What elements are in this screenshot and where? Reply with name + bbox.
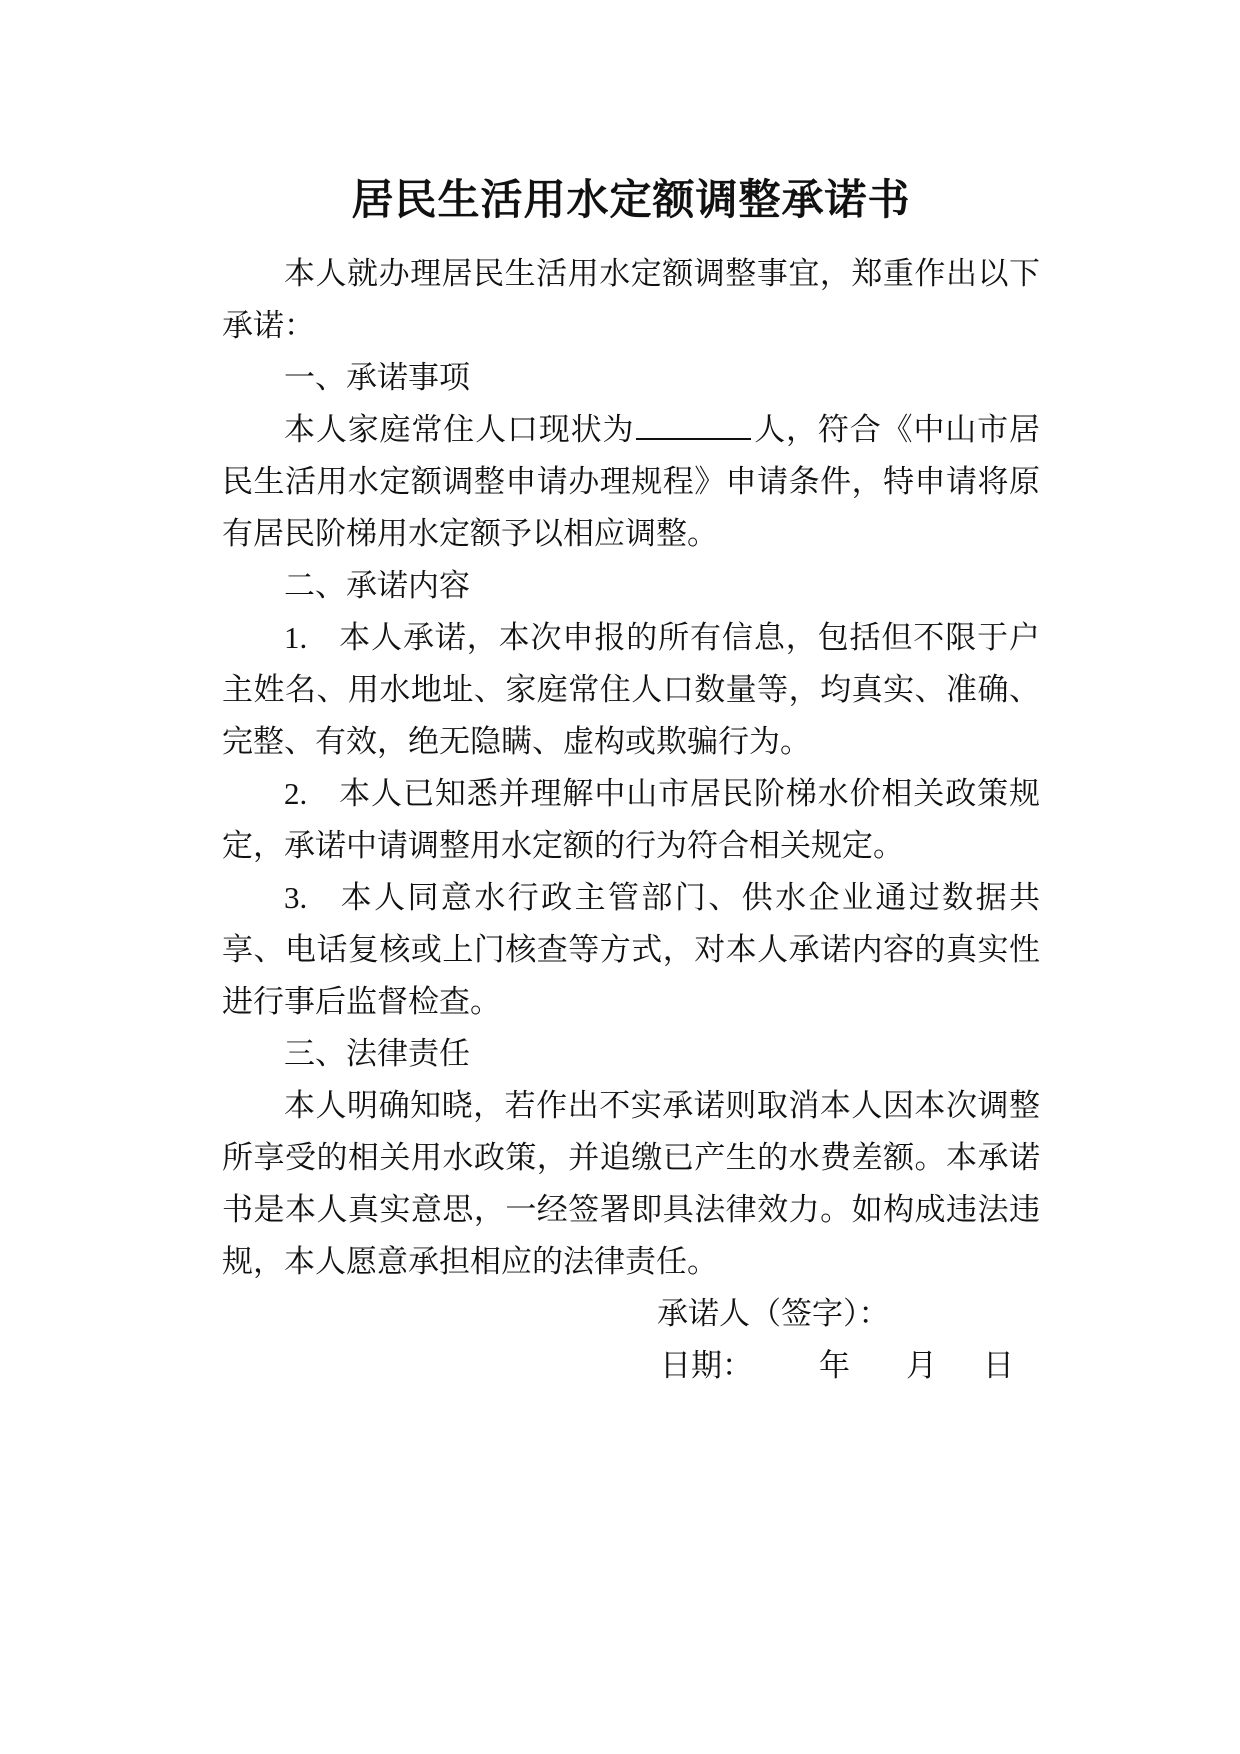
- document-title: 居民生活用水定额调整承诺书: [222, 176, 1040, 226]
- signer-line: 承诺人（签字）：: [222, 1288, 1040, 1340]
- intro-paragraph: 本人就办理居民生活用水定额调整事宜，郑重作出以下承诺：: [222, 248, 1040, 352]
- section2-heading: 二、承诺内容: [222, 560, 1040, 612]
- household-count-blank: [636, 438, 751, 440]
- section3-body: 本人明确知晓，若作出不实承诺则取消本人因本次调整所享受的相关用水政策，并追缴已产…: [222, 1080, 1040, 1288]
- section2-item-2: 2. 本人已知悉并理解中山市居民阶梯水价相关政策规定，承诺中请调整用水定额的行为…: [222, 768, 1040, 872]
- section1-heading: 一、承诺事项: [222, 352, 1040, 404]
- year-label: 年: [819, 1348, 850, 1383]
- section1-body: 本人家庭常住人口现状为人，符合《中山市居民生活用水定额调整申请办理规程》申请条件…: [222, 404, 1040, 560]
- section2-item-3: 3. 本人同意水行政主管部门、供水企业通过数据共享、电话复核或上门核查等方式，对…: [222, 872, 1040, 1028]
- section3-heading: 三、法律责任: [222, 1028, 1040, 1080]
- signature-block: 承诺人（签字）： 日期：年月日: [222, 1288, 1040, 1392]
- document-page: 居民生活用水定额调整承诺书 本人就办理居民生活用水定额调整事宜，郑重作出以下承诺…: [0, 0, 1240, 1754]
- date-line: 日期：年月日: [222, 1340, 1040, 1392]
- date-label: 日期：: [660, 1348, 753, 1383]
- section2-item-1: 1. 本人承诺，本次申报的所有信息，包括但不限于户主姓名、用水地址、家庭常住人口…: [222, 612, 1040, 768]
- day-label: 日: [983, 1348, 1014, 1383]
- signer-label: 承诺人（签字）：: [657, 1296, 890, 1331]
- document-content: 居民生活用水定额调整承诺书 本人就办理居民生活用水定额调整事宜，郑重作出以下承诺…: [222, 176, 1040, 1392]
- section1-text-before-blank: 本人家庭常住人口现状为: [284, 412, 634, 447]
- month-label: 月: [906, 1348, 937, 1383]
